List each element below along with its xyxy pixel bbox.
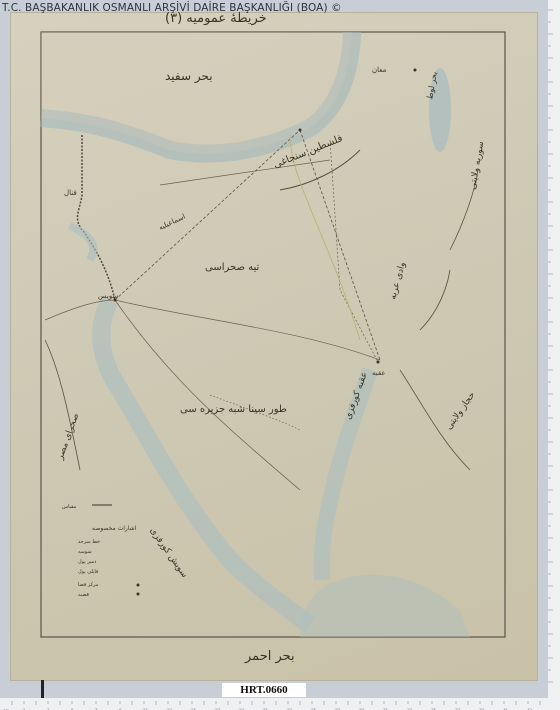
label-canal: قنال <box>64 189 77 197</box>
label-egypt-desert: صحراى مصر <box>55 412 81 462</box>
suez-canal <box>78 135 115 300</box>
legend-item: قصبه <box>78 592 90 598</box>
label-gulf-of-suez: سويش كورفزى <box>148 526 190 580</box>
label-syria: سوريه ولايتى <box>468 141 486 191</box>
legend-item: دمير يول <box>78 559 96 565</box>
archive-viewer: T.C. BAŞBAKANLIK OSMANLI ARŞİVİ DAİRE BA… <box>0 0 560 710</box>
map-drawing: (٣) خريطهٔ عموميه بحر سفيد بحر احمر طور … <box>0 0 560 710</box>
legend-item: قاپلى يول <box>78 569 99 575</box>
label-wadi-araba: وادى عربه <box>388 261 408 301</box>
gulf-of-suez <box>101 300 310 625</box>
gulf-of-aqaba <box>322 370 370 580</box>
label-maan: معان <box>372 66 387 74</box>
label-red-sea: بحر احمر <box>244 649 295 664</box>
label-hijaz: حجاز ولايتى <box>444 390 477 431</box>
catalog-number: HRT.0660 <box>222 683 306 697</box>
label-ismailia: اسماعيليه <box>157 213 186 232</box>
label-aqaba: عقبه <box>372 369 386 377</box>
vertical-ruler <box>548 0 560 698</box>
scale-label: مقياس <box>62 504 77 510</box>
archive-watermark: T.C. BAŞBAKANLIK OSMANLI ARŞİVİ DAİRE BA… <box>2 2 342 14</box>
map-legend: اشارات مخصوصه خط سرحد شوسه دمير يول قاپل… <box>62 504 140 598</box>
horizontal-ruler: cm 1 3 5 7 9 11 13 15 17 19 21 23 25 27 … <box>0 698 560 710</box>
legend-title: اشارات مخصوصه <box>92 525 137 532</box>
legend-item: شوسه <box>78 549 92 555</box>
color-scale-marker <box>41 680 44 698</box>
label-mediterranean: بحر سفيد <box>165 69 213 84</box>
label-tih: تيه صحراسى <box>205 262 260 273</box>
legend-item: مركز قضا <box>78 582 99 588</box>
red-sea <box>300 575 470 640</box>
legend-item: خط سرحد <box>78 539 100 545</box>
label-sinai: طور سينا شبه جزيره سى <box>180 404 287 415</box>
